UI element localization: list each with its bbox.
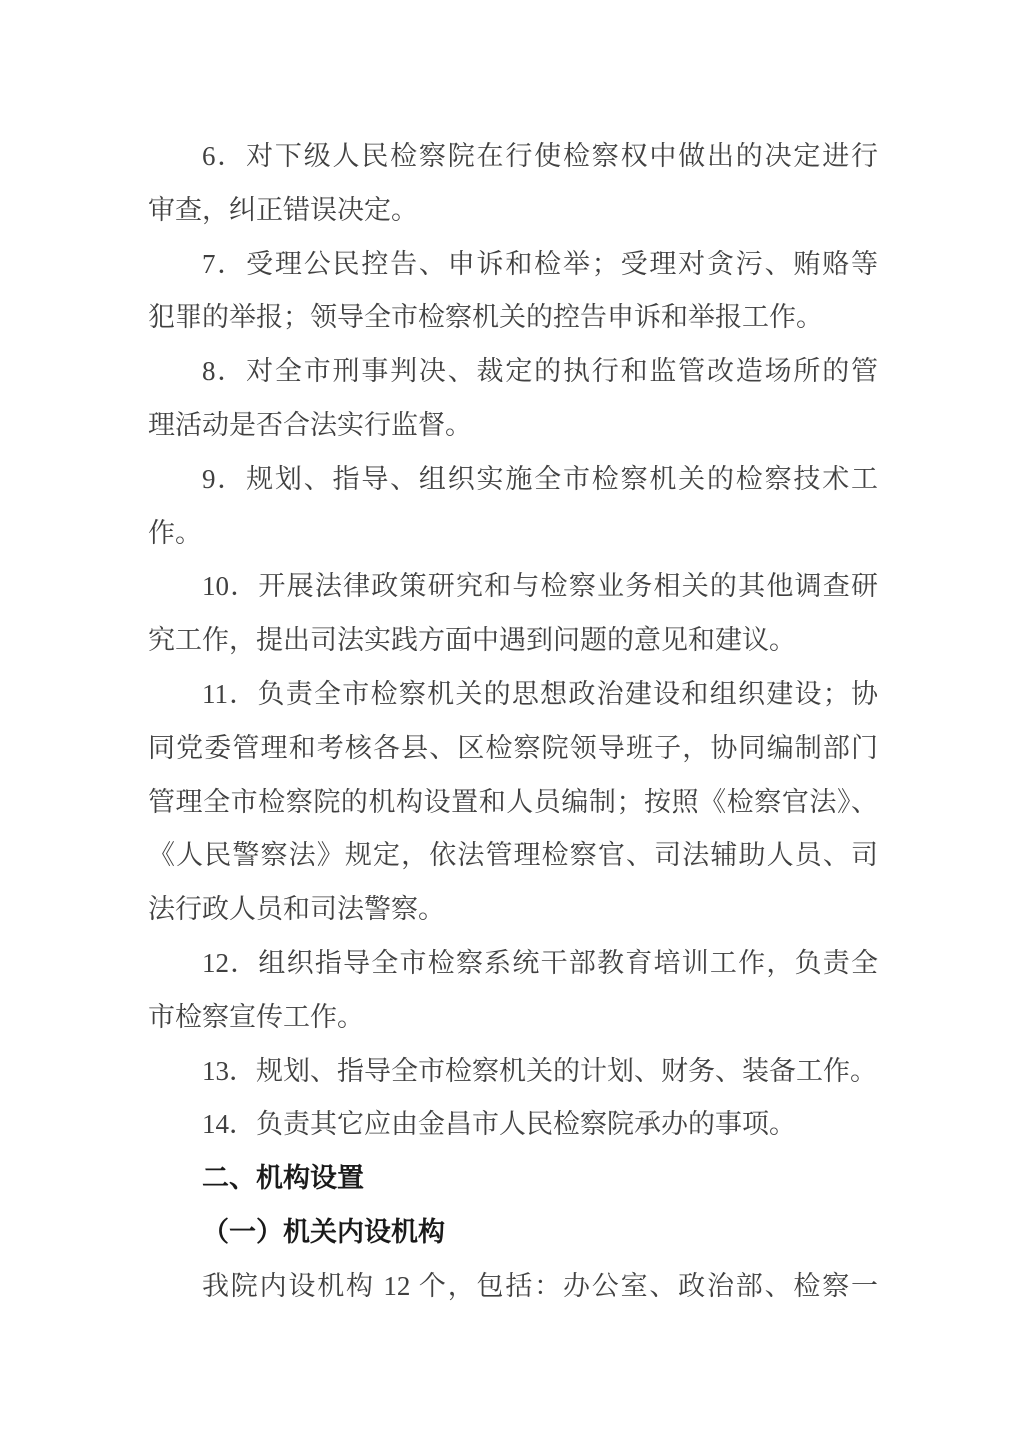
- text-line: 市检察宣传工作。: [148, 991, 878, 1045]
- text-line: 13．规划、指导全市检察机关的计划、财务、装备工作。: [148, 1045, 878, 1099]
- paragraph-item-10: 10．开展法律政策研究和与检察业务相关的其他调查研究工作，提出司法实践方面中遇到…: [148, 560, 878, 668]
- paragraph-item-8: 8．对全市刑事判决、裁定的执行和监管改造场所的管理活动是否合法实行监督。: [148, 345, 878, 453]
- text-line: 6．对下级人民检察院在行使检察权中做出的决定进行: [148, 130, 878, 184]
- text-line: 同党委管理和考核各县、区检察院领导班子，协同编制部门: [148, 722, 878, 776]
- text-line: 9．规划、指导、组织实施全市检察机关的检察技术工: [148, 453, 878, 507]
- paragraph-item-14: 14．负责其它应由金昌市人民检察院承办的事项。: [148, 1098, 878, 1152]
- text-line: 8．对全市刑事判决、裁定的执行和监管改造场所的管: [148, 345, 878, 399]
- document-page: 6．对下级人民检察院在行使检察权中做出的决定进行审查，纠正错误决定。7．受理公民…: [0, 0, 1024, 1448]
- paragraph-heading-section-2-1: （一）机关内设机构: [148, 1206, 878, 1260]
- text-line: 法行政人员和司法警察。: [148, 883, 878, 937]
- paragraph-heading-section-2: 二、机构设置: [148, 1152, 878, 1206]
- text-line: （一）机关内设机构: [148, 1206, 878, 1260]
- paragraph-item-13: 13．规划、指导全市检察机关的计划、财务、装备工作。: [148, 1045, 878, 1099]
- text-line: 7．受理公民控告、申诉和检举；受理对贪污、贿赂等: [148, 238, 878, 292]
- text-line: 14．负责其它应由金昌市人民检察院承办的事项。: [148, 1098, 878, 1152]
- text-line: 管理全市检察院的机构设置和人员编制；按照《检察官法》、: [148, 776, 878, 830]
- text-line: 《人民警察法》规定，依法管理检察官、司法辅助人员、司: [148, 829, 878, 883]
- text-line: 12．组织指导全市检察系统干部教育培训工作，负责全: [148, 937, 878, 991]
- text-line: 作。: [148, 507, 878, 561]
- text-line: 我院内设机构 12 个，包括：办公室、政治部、检察一: [148, 1260, 878, 1314]
- text-line: 究工作，提出司法实践方面中遇到问题的意见和建议。: [148, 614, 878, 668]
- paragraph-item-6: 6．对下级人民检察院在行使检察权中做出的决定进行审查，纠正错误决定。: [148, 130, 878, 238]
- paragraph-intro-internal-organs: 我院内设机构 12 个，包括：办公室、政治部、检察一: [148, 1260, 878, 1314]
- text-line: 理活动是否合法实行监督。: [148, 399, 878, 453]
- text-line: 10．开展法律政策研究和与检察业务相关的其他调查研: [148, 560, 878, 614]
- paragraph-item-11: 11．负责全市检察机关的思想政治建设和组织建设；协同党委管理和考核各县、区检察院…: [148, 668, 878, 937]
- paragraph-item-9: 9．规划、指导、组织实施全市检察机关的检察技术工作。: [148, 453, 878, 561]
- text-line: 二、机构设置: [148, 1152, 878, 1206]
- text-line: 审查，纠正错误决定。: [148, 184, 878, 238]
- text-line: 11．负责全市检察机关的思想政治建设和组织建设；协: [148, 668, 878, 722]
- text-line: 犯罪的举报；领导全市检察机关的控告申诉和举报工作。: [148, 291, 878, 345]
- paragraph-item-12: 12．组织指导全市检察系统干部教育培训工作，负责全市检察宣传工作。: [148, 937, 878, 1045]
- document-body: 6．对下级人民检察院在行使检察权中做出的决定进行审查，纠正错误决定。7．受理公民…: [148, 130, 878, 1314]
- paragraph-item-7: 7．受理公民控告、申诉和检举；受理对贪污、贿赂等犯罪的举报；领导全市检察机关的控…: [148, 238, 878, 346]
